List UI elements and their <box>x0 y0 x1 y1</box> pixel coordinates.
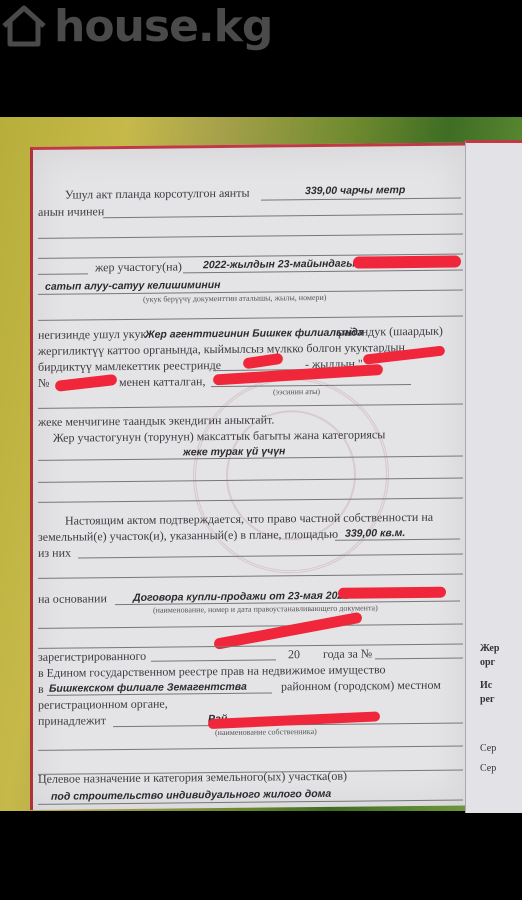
confirm-line1: Настоящим актом подтверждается, что прав… <box>65 510 433 529</box>
right-fragment: Сер <box>480 743 496 754</box>
right-fragment: рег <box>480 694 495 705</box>
of-them: из них <box>38 546 71 561</box>
registry-line2: бирдиктүү мамлекеттик реестринде <box>38 358 221 375</box>
right-fragment: Жер <box>480 643 499 654</box>
area-within: анын ичинен <box>38 204 104 220</box>
certificate-page: Ушул акт планда корсотулгон аянты 339,00… <box>30 142 465 810</box>
reg-organ: регистрационном органе, <box>38 697 168 713</box>
purpose-label-ru: Целевое назначение и категория земельног… <box>38 769 347 787</box>
right-fragment: Ис <box>480 680 492 691</box>
registered-with: менен катталган, <box>119 374 205 390</box>
local-label: районном (городском) местном <box>281 678 441 695</box>
owner-caption-ky: (ээсинин аты) <box>273 387 320 396</box>
watermark: house.kg <box>0 0 272 52</box>
confirm-line2: земельный(е) участок(и), указанный(е) в … <box>38 527 338 545</box>
redaction <box>55 374 118 392</box>
agency-value: Жер агенттигинин Бишкек филиалында <box>145 327 364 341</box>
area-label: Ушул акт планда корсотулгон аянты <box>65 186 250 203</box>
confirm-area: 339,00 кв.м. <box>345 527 405 540</box>
redaction <box>353 255 461 268</box>
district-label: райондук (шаардык) <box>338 324 443 340</box>
basis-caption-ru: (наименование, номер и дата правоустанав… <box>153 603 378 614</box>
basis-prefix: негизинде ушул укук <box>38 327 146 343</box>
purpose-value-ky: жеке турак үй үчүн <box>183 445 285 458</box>
right-fragment: Сер <box>480 763 496 774</box>
plot-value: 2022-жылдын 23-майындагы № <box>203 257 370 271</box>
right-page: Жер орг Ис рег Сер Сер <box>465 140 522 813</box>
house-icon <box>0 4 48 48</box>
registered-year-suffix: года за № <box>323 646 372 662</box>
redaction <box>338 587 446 599</box>
contract-caption: (укук берүүчү документтин аталышы, жылы,… <box>143 293 326 304</box>
plot-label: жер участогу(на) <box>95 259 182 275</box>
area-value: 339,00 чарчы метр <box>305 184 405 197</box>
right-fragment: орг <box>480 657 495 668</box>
watermark-text: house.kg <box>54 1 272 52</box>
basis-label-ru: на основании <box>38 591 107 607</box>
belongs-label: принадлежит <box>38 713 106 729</box>
branch-prefix: в <box>38 682 44 697</box>
ownership-ky: жеке менчигине таандык экендигин аныктай… <box>38 412 274 429</box>
contract-value: сатып алуу-сатуу келишиминин <box>45 279 220 293</box>
number-prefix: № <box>38 376 49 391</box>
basis-value-ru: Договора купли-продажи от 23-мая 2022 <box>133 590 349 604</box>
owner-caption-ru: (наименование собственника) <box>215 727 317 737</box>
registered-label: зарегистрированного <box>38 649 146 665</box>
registered-year-prefix: 20 <box>288 647 300 662</box>
